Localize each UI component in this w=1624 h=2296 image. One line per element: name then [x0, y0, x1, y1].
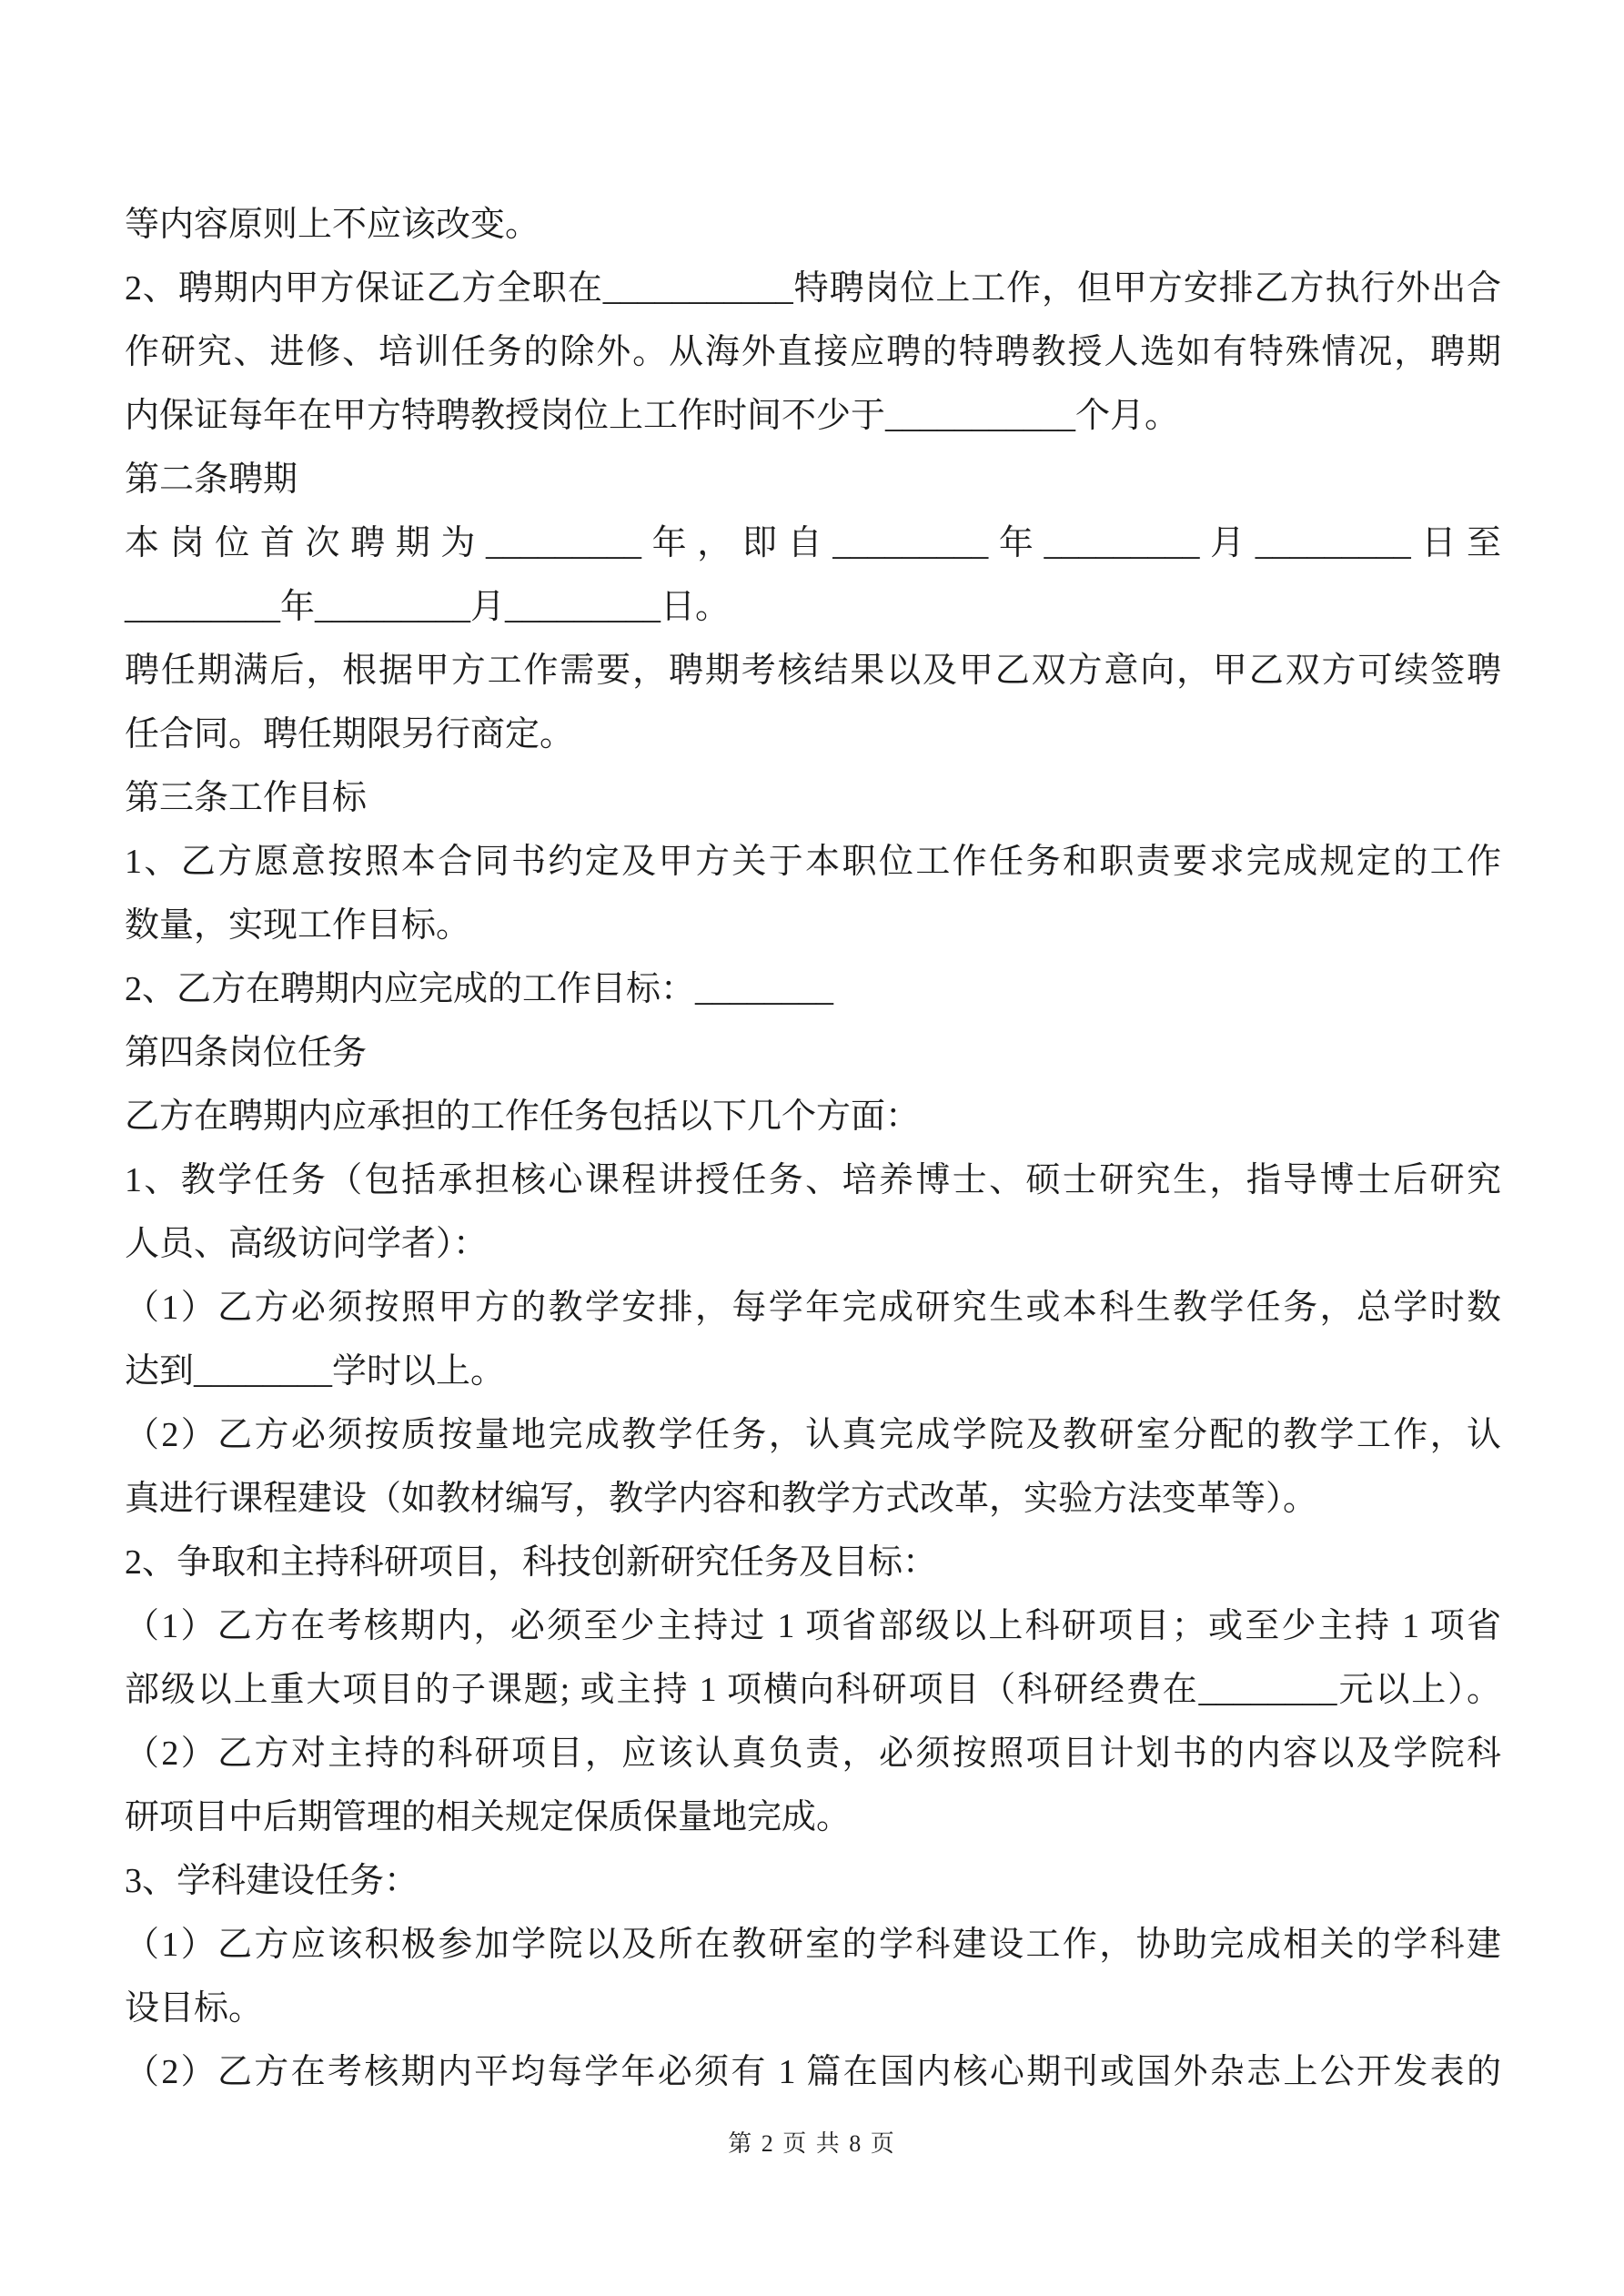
text-line: 2、争取和主持科研项目，科技创新研究任务及目标：	[125, 1531, 1501, 1594]
page-number-footer: 第 2 页 共 8 页	[0, 2129, 1624, 2159]
text-line: （2）乙方对主持的科研项目，应该认真负责，必须按照项目计划书的内容以及学院科	[125, 1722, 1501, 1785]
text-line: _________年_________月_________日。	[125, 575, 1501, 639]
text-line: 研项目中后期管理的相关规定保质保量地完成。	[125, 1785, 1501, 1849]
text-line: 第三条工作目标	[125, 766, 1501, 830]
document-body: 等内容原则上不应该改变。2、聘期内甲方保证乙方全职在___________特聘岗…	[125, 193, 1501, 2104]
text-line: 人员、高级访问学者）：	[125, 1212, 1501, 1276]
text-line: 1、乙方愿意按照本合同书约定及甲方关于本职位工作任务和职责要求完成规定的工作	[125, 830, 1501, 894]
text-line: 部级以上重大项目的子课题; 或主持 1 项横向科研项目（科研经费在_______…	[125, 1658, 1501, 1722]
text-line: 第二条聘期	[125, 448, 1501, 511]
text-line: 本岗位首次聘期为_________年，即自_________年_________…	[125, 511, 1501, 575]
text-line: 等内容原则上不应该改变。	[125, 193, 1501, 257]
contract-page: 等内容原则上不应该改变。2、聘期内甲方保证乙方全职在___________特聘岗…	[0, 0, 1624, 2296]
text-line: 乙方在聘期内应承担的工作任务包括以下几个方面：	[125, 1085, 1501, 1148]
text-line: 设目标。	[125, 1977, 1501, 2040]
text-line: （2）乙方必须按质按量地完成教学任务，认真完成学院及教研室分配的教学工作，认	[125, 1403, 1501, 1467]
text-line: 2、乙方在聘期内应完成的工作目标：________	[125, 957, 1501, 1021]
text-line: 真进行课程建设（如教材编写，教学内容和教学方式改革，实验方法变革等）。	[125, 1467, 1501, 1531]
text-line: 达到________学时以上。	[125, 1340, 1501, 1403]
text-line: 数量，实现工作目标。	[125, 894, 1501, 957]
text-line: 第四条岗位任务	[125, 1021, 1501, 1085]
text-line: 作研究、进修、培训任务的除外。从海外直接应聘的特聘教授人选如有特殊情况，聘期	[125, 320, 1501, 384]
text-line: （1）乙方在考核期内，必须至少主持过 1 项省部级以上科研项目；或至少主持 1 …	[125, 1594, 1501, 1658]
text-line: （1）乙方必须按照甲方的教学安排，每学年完成研究生或本科生教学任务，总学时数	[125, 1276, 1501, 1340]
text-line: （2）乙方在考核期内平均每学年必须有 1 篇在国内核心期刊或国外杂志上公开发表的	[125, 2040, 1501, 2104]
text-line: （1）乙方应该积极参加学院以及所在教研室的学科建设工作，协助完成相关的学科建	[125, 1913, 1501, 1977]
text-line: 聘任期满后，根据甲方工作需要，聘期考核结果以及甲乙双方意向，甲乙双方可续签聘	[125, 639, 1501, 703]
text-line: 1、教学任务（包括承担核心课程讲授任务、培养博士、硕士研究生，指导博士后研究	[125, 1148, 1501, 1212]
text-line: 内保证每年在甲方特聘教授岗位上工作时间不少于___________个月。	[125, 384, 1501, 448]
text-line: 3、学科建设任务：	[125, 1849, 1501, 1913]
text-line: 2、聘期内甲方保证乙方全职在___________特聘岗位上工作，但甲方安排乙方…	[125, 257, 1501, 320]
text-line: 任合同。聘任期限另行商定。	[125, 703, 1501, 766]
